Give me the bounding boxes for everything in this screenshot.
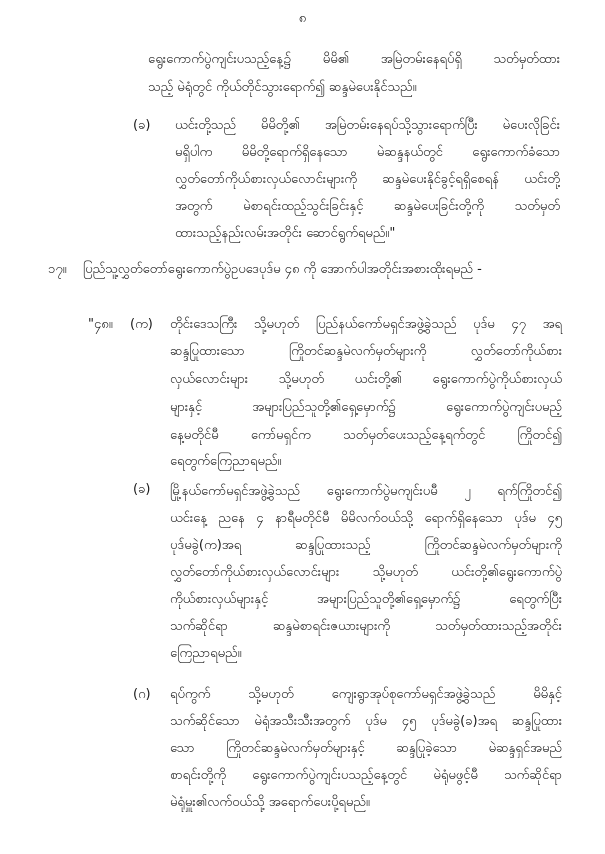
clause-ga-line-2: သက်ဆိုင်သော မဲရုံအသီးသီးအတွက် ပုဒ်မ ၄၅ ပ… xyxy=(170,712,562,732)
clause-ka-line-5: နေ့မတိုင်မီ ကော်မရှင်က သတ်မှတ်ပေးသည့်နေ့… xyxy=(170,426,562,446)
clause-ga-line-1: ရပ်ကွက် သို့မဟုတ် ကျေးရွာအုပ်စုကော်မရှင်… xyxy=(170,685,562,705)
clause-kha-1-line-3: လွှတ်တော်ကိုယ်စားလှယ်လောင်းများကို ဆန္ဒမ… xyxy=(175,170,560,190)
clause-ka-line-4: များနှင့် အများပြည်သူတို့၏ရှေ့မှောက်၌ ရွ… xyxy=(170,398,562,418)
section-17-label: ၁၇။ xyxy=(48,260,67,280)
continuation-line-1: ရွေးကောက်ပွဲကျင်းပသည့်နေ့၌ မိမိ၏ အမြဲတမ်… xyxy=(148,50,560,70)
clause-kha-label: (ခ) xyxy=(133,480,150,500)
clause-ka-label: (က) xyxy=(130,315,153,335)
clause-kha-1-label: (ခ) xyxy=(133,116,150,136)
continuation-line-2: သည့် မဲရုံတွင် ကိုယ်တိုင်သွားရောက်၍ ဆန္ဒ… xyxy=(148,78,417,98)
clause-kha-line-4: လွှတ်တော်ကိုယ်စားလှယ်လောင်းများ သို့မဟုတ… xyxy=(170,563,562,583)
clause-kha-line-7: ကြေညာရမည်။ xyxy=(170,644,242,664)
section-17-text: ပြည်သူ့လွှတ်တော်ရွေးကောက်ပွဲဥပဒေပုဒ်မ ၄၈… xyxy=(83,260,482,280)
clause-kha-1-line-5: ထားသည့်နည်းလမ်းအတိုင်း ဆောင်ရွက်ရမည်။" xyxy=(175,224,395,244)
clause-ga-line-5: မဲရုံမှူး၏လက်ဝယ်သို့ အရောက်ပေးပို့ရမည်။ xyxy=(170,793,370,813)
clause-kha-line-3: ပုဒ်မခွဲ(က)အရ ဆန္ဒပြုထားသည့် ကြိုတင်ဆန္ဒ… xyxy=(170,536,562,556)
page-number: ၈ xyxy=(0,10,605,29)
clause-kha-1-line-4: အတွက် မဲစာရင်းထည့်သွင်းခြင်းနှင့် ဆန္ဒမဲ… xyxy=(175,197,560,217)
clause-ka-line-3: လှယ်လောင်းများ သို့မဟုတ် ယင်းတို့၏ ရွေးက… xyxy=(170,370,562,390)
section-48-label: "၄၈။ xyxy=(88,315,113,335)
clause-ka-line-6: ရေတွက်ကြေညာရမည်။ xyxy=(170,452,281,472)
clause-kha-line-5: ကိုယ်စားလှယ်များနှင့် အများပြည်သူတို့၏ရှ… xyxy=(170,590,562,610)
clause-kha-line-6: သက်ဆိုင်ရာ ဆန္ဒမဲစာရင်းဇယားများကို သတ်မှ… xyxy=(170,617,562,637)
clause-kha-line-2: ယင်းနေ့ ညနေ ၄ နာရီမတိုင်မီ မိမိလက်ဝယ်သို… xyxy=(170,509,562,529)
clause-kha-1-line-1: ယင်းတို့သည် မိမိတို့၏ အမြဲတမ်းနေရပ်သို့သ… xyxy=(175,116,560,136)
clause-kha-line-1: မြို့နယ်ကော်မရှင်အဖွဲ့ခွဲသည် ရွေးကောက်ပွ… xyxy=(170,482,562,502)
clause-ka-line-2: ဆန္ဒပြုထားသော ကြိုတင်ဆန္ဒမဲလက်မှတ်များကိ… xyxy=(170,342,562,362)
clause-kha-1-line-2: မရှိပါက မိမိတို့ရောက်ရှိနေသော မဲဆန္ဒနယ်တ… xyxy=(175,143,560,163)
clause-ga-line-4: စာရင်းတို့ကို ရွေးကောက်ပွဲကျင်းပသည့်နေ့တ… xyxy=(170,766,562,786)
clause-ga-line-3: သော ကြိုတင်ဆန္ဒမဲလက်မှတ်များနှင့် ဆန္ဒပြ… xyxy=(170,739,562,759)
clause-ka-line-1: တိုင်းဒေသကြီး သို့မဟုတ် ပြည်နယ်ကော်မရှင်… xyxy=(170,315,562,335)
clause-ga-label: (ဂ) xyxy=(133,685,151,705)
